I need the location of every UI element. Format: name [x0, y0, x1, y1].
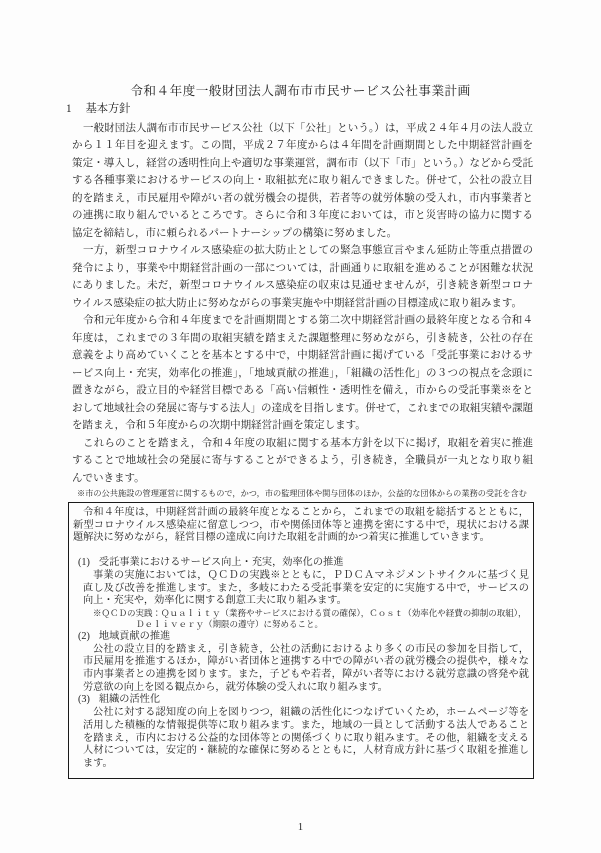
section-number: 1	[66, 102, 72, 118]
policy-item-3-heading: (3)組織の活性化	[73, 694, 529, 707]
policy-item-2-number: (2)	[78, 631, 90, 644]
paragraph-2: 一方，新型コロナウイルス感染症の拡大防止としての緊急事態宣言やまん延防止等重点措…	[72, 242, 533, 312]
policy-item-1-heading: (1)受託事業におけるサービス向上・充実，効率化の推進	[73, 557, 529, 570]
paragraph-1: 一般財団法人調布市市民サービス公社（以下「公社」という。）は，平成２４年４月の法…	[72, 120, 533, 243]
policy-item-1-title: 受託事業におけるサービス向上・充実，効率化の推進	[99, 557, 344, 568]
policy-item-2: (2)地域貢献の推進 公社の設立目的を踏まえ，引き続き，公社の活動におけるより多…	[73, 631, 529, 695]
document-title: 令和４年度一般財団法人調布市市民サービス公社事業計画	[0, 84, 601, 99]
section-heading-label: 基本方針	[86, 103, 131, 115]
policy-item-1: (1)受託事業におけるサービス向上・充実，効率化の推進 事業の実施においては，Ｑ…	[73, 557, 529, 630]
qcd-footnote-line2: Ｄｅｌｉｖｅｒｙ（期限の遵守）に努めること。	[93, 619, 529, 630]
document-page: 令和４年度一般財団法人調布市市民サービス公社事業計画 1基本方針 一般財団法人調…	[0, 0, 601, 853]
policy-item-1-number: (1)	[78, 557, 90, 570]
section-footnote: ※市の公共施設の管理運営に関するもので，かつ，市の監理団体や関与団体のほか，公益…	[77, 488, 539, 500]
policy-box: 令和４年度は，中期経営計画の最終年度となることから，これまでの取組を総括するとと…	[68, 502, 534, 779]
policy-item-1-body: 事業の実施においては，ＱＣＤの実践※とともに，ＰＤＣＡマネジメントサイクルに基づ…	[83, 570, 529, 608]
policy-item-3-number: (3)	[78, 694, 90, 707]
policy-box-intro: 令和４年度は，中期経営計画の最終年度となることから，これまでの取組を総括するとと…	[73, 507, 529, 545]
paragraph-4: これらのことを踏まえ，令和４年度の取組に関する基本方針を以下に掲げ，取組を着実に…	[72, 435, 533, 488]
policy-item-2-heading: (2)地域貢献の推進	[73, 631, 529, 644]
policy-item-3-title: 組織の活性化	[99, 694, 160, 705]
policy-item-3-body: 公社に対する認知度の向上を図りつつ，組織の活性化につなげていくため，ホームページ…	[83, 707, 529, 771]
page-number: 1	[0, 822, 601, 833]
section-body: 一般財団法人調布市市民サービス公社（以下「公社」という。）は，平成２４年４月の法…	[72, 120, 533, 488]
qcd-footnote-line1: ※ＱＣＤの実践：Ｑｕａｌｉｔｙ（業務やサービスにおける質の確保），Ｃｏｓｔ（効率…	[93, 608, 529, 619]
policy-item-2-title: 地域貢献の推進	[99, 631, 170, 642]
policy-item-3: (3)組織の活性化 公社に対する認知度の向上を図りつつ，組織の活性化につなげてい…	[73, 694, 529, 770]
policy-item-2-body: 公社の設立目的を踏まえ，引き続き，公社の活動におけるより多くの市民の参加を目指し…	[83, 644, 529, 695]
section-heading: 1基本方針	[66, 102, 533, 118]
paragraph-3: 令和元年度から令和４年度までを計画期間とする第二次中期経営計画の最終年度となる令…	[72, 312, 533, 435]
qcd-footnote: ※ＱＣＤの実践：Ｑｕａｌｉｔｙ（業務やサービスにおける質の確保），Ｃｏｓｔ（効率…	[93, 608, 529, 630]
